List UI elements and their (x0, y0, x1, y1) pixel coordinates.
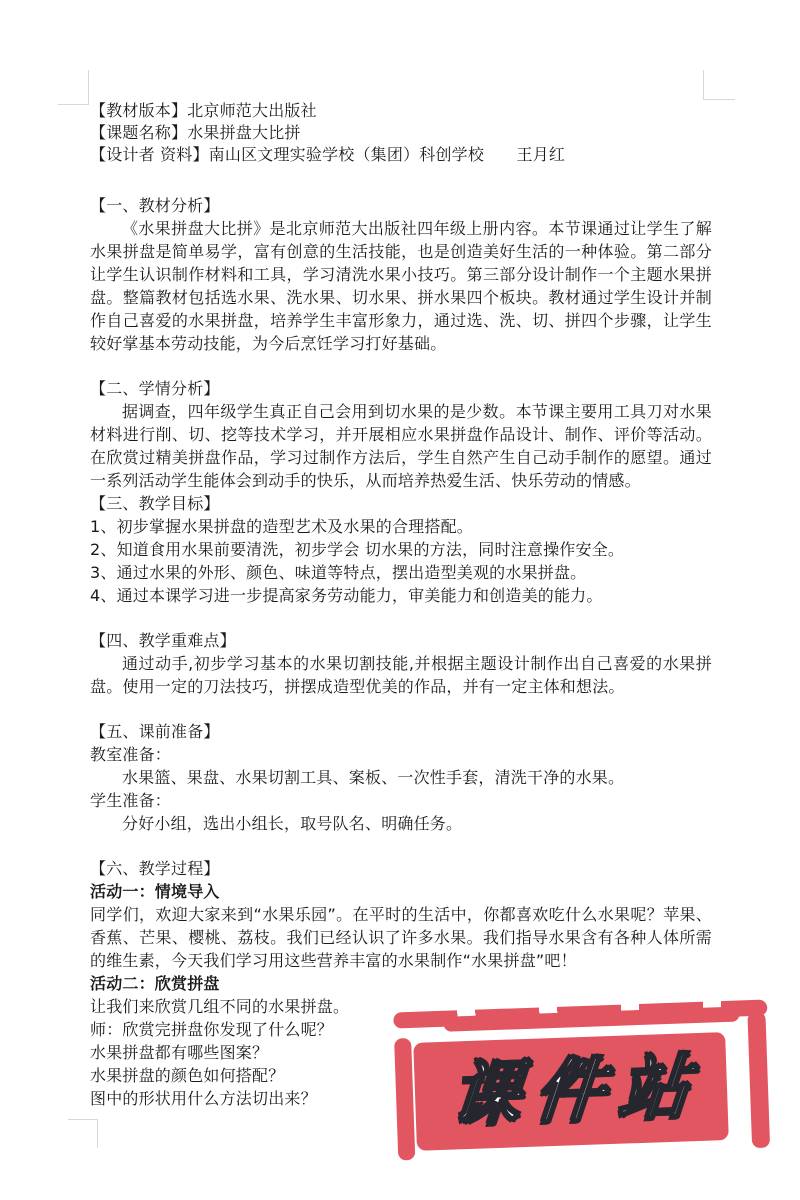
meta-line-textbook-edition: 【教材版本】北京师范大出版社 (90, 100, 712, 122)
section-heading: 【一、教材分析】 (90, 194, 712, 217)
section-class-preparation: 【五、课前准备】 教室准备： 水果篮、果盘、水果切割工具、案板、一次性手套，清洗… (90, 720, 712, 835)
prep-label-classroom: 教室准备： (90, 743, 712, 766)
kejianzhan-watermark-stamp: 课件站 (393, 1000, 773, 1181)
section-heading: 【五、课前准备】 (90, 720, 712, 743)
goal-item: 2、知道食用水果前要清洗，初步学会 切水果的方法，同时注意操作安全。 (90, 538, 712, 561)
stamp-body: 课件站 (413, 1032, 729, 1151)
text-boundary-mark-top-right (703, 70, 735, 100)
activity-title: 活动一：情境导入 (90, 880, 712, 903)
text-boundary-mark-bottom-left (68, 1119, 98, 1148)
meta-line-lesson-title: 【课题名称】水果拼盘大比拼 (90, 122, 712, 144)
section-material-analysis: 【一、教材分析】 《水果拼盘大比拼》是北京师范大出版社四年级上册内容。本节课通过… (90, 194, 712, 355)
section-heading: 【二、学情分析】 (90, 377, 712, 400)
paragraph: 《水果拼盘大比拼》是北京师范大出版社四年级上册内容。本节课通过让学生了解水果拼盘… (90, 217, 712, 355)
activity-title: 活动二：欣赏拼盘 (90, 972, 712, 995)
stamp-text: 课件站 (434, 1033, 707, 1151)
paragraph: 据调查，四年级学生真正自己会用到切水果的是少数。本节课主要用工具刀对水果材料进行… (90, 400, 712, 492)
meta-line-designer: 【设计者 资料】南山区文理实验学校（集团）科创学校 王月红 (90, 144, 712, 166)
goal-item: 4、通过本课学习进一步提高家务劳动能力，审美能力和创造美的能力。 (90, 584, 712, 607)
section-heading: 【四、教学重难点】 (90, 629, 712, 652)
section-heading: 【六、教学过程】 (90, 857, 712, 880)
section-learner-analysis: 【二、学情分析】 据调查，四年级学生真正自己会用到切水果的是少数。本节课主要用工… (90, 377, 712, 492)
text-boundary-mark-top-left (58, 70, 89, 105)
prep-label-students: 学生准备： (90, 789, 712, 812)
paragraph: 同学们，欢迎大家来到“水果乐园”。在平时的生活中，你都喜欢吃什么水果呢？苹果、香… (90, 903, 712, 972)
prep-item: 分好小组，选出小组长，取号队名、明确任务。 (90, 812, 712, 835)
goal-item: 1、初步掌握水果拼盘的造型艺术及水果的合理搭配。 (90, 515, 712, 538)
stamp-border-left (394, 1038, 415, 1161)
section-heading: 【三、教学目标】 (90, 492, 712, 515)
stamp-border-right (747, 1012, 770, 1149)
section-key-difficulties: 【四、教学重难点】 通过动手,初步学习基本的水果切割技能,并根据主题设计制作出自… (90, 629, 712, 698)
lesson-plan-document: 【教材版本】北京师范大出版社 【课题名称】水果拼盘大比拼 【设计者 资料】南山区… (90, 100, 712, 1110)
paragraph: 通过动手,初步学习基本的水果切割技能,并根据主题设计制作出自己喜爱的水果拼盘。使… (90, 652, 712, 698)
prep-item: 水果篮、果盘、水果切割工具、案板、一次性手套，清洗干净的水果。 (90, 766, 712, 789)
section-teaching-goals: 【三、教学目标】 1、初步掌握水果拼盘的造型艺术及水果的合理搭配。 2、知道食用… (90, 492, 712, 607)
goal-item: 3、通过水果的外形、颜色、味道等特点，摆出造型美观的水果拼盘。 (90, 561, 712, 584)
